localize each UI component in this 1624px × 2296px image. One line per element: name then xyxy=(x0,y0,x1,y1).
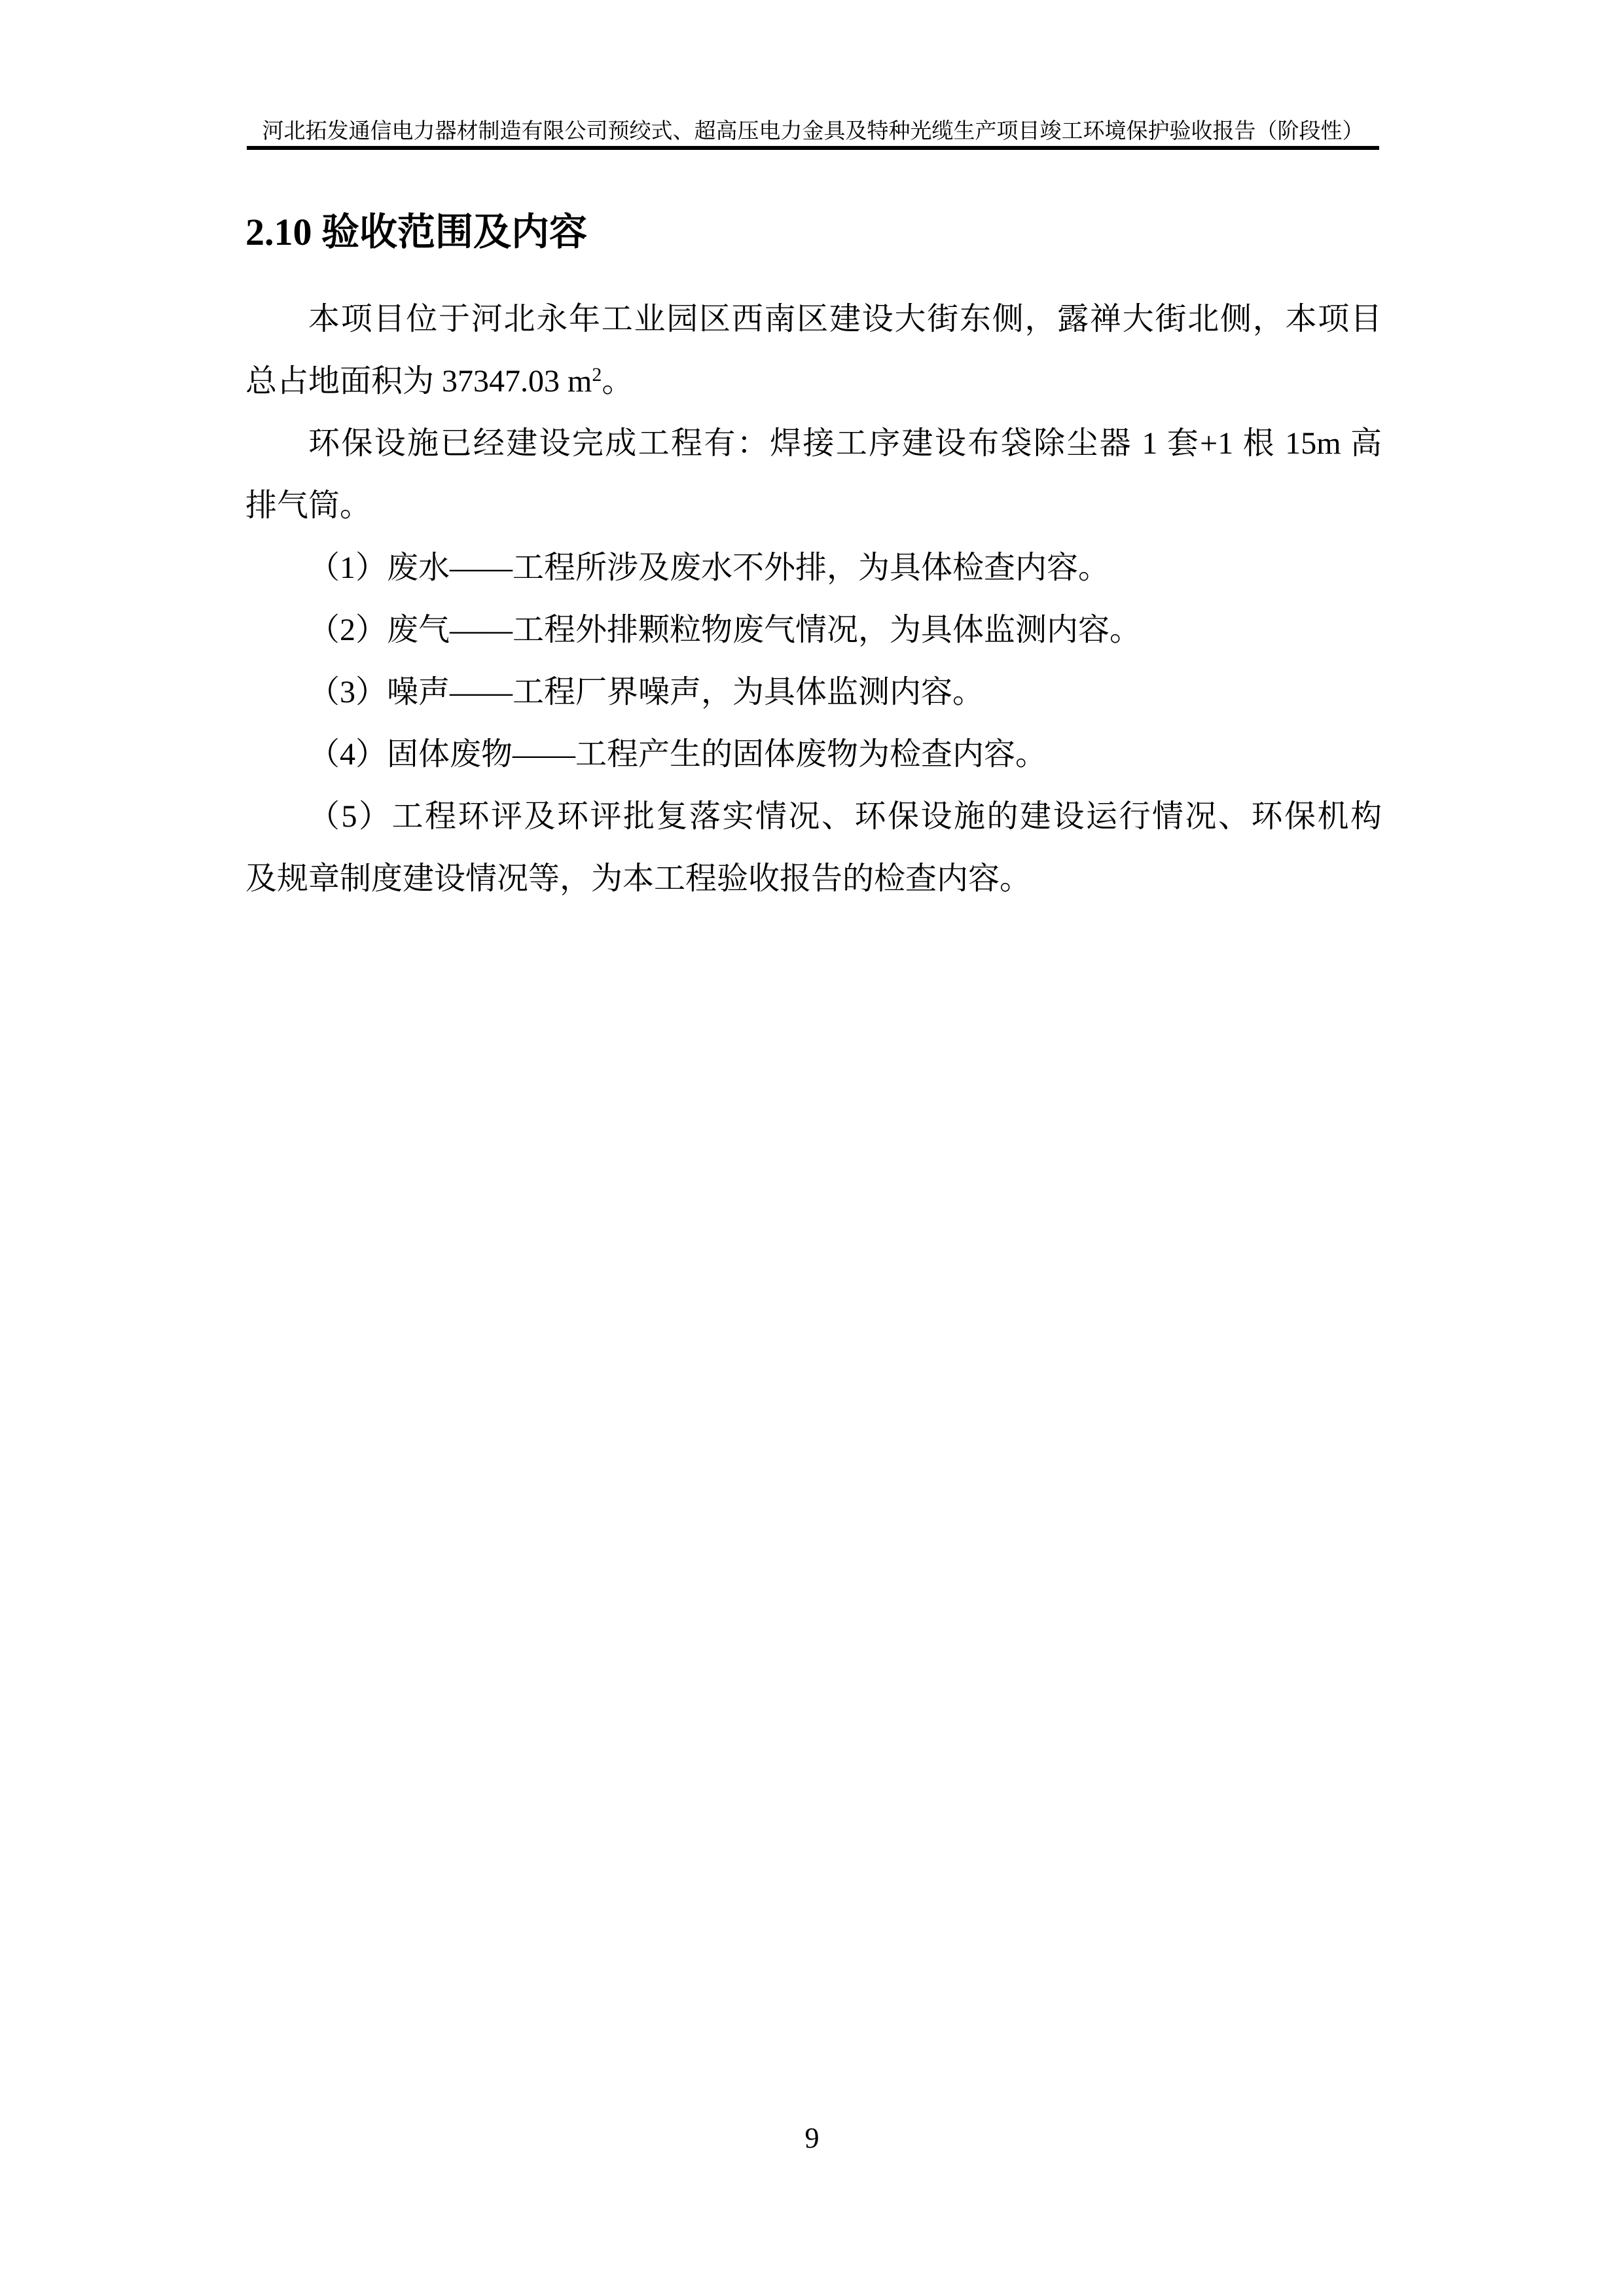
paragraph-2-line-1: 环保设施已经建设完成工程有：焊接工序建设布袋除尘器 1 套+1 根 15m 高 xyxy=(245,412,1382,475)
paragraph-2-line-2: 排气筒。 xyxy=(245,475,1382,537)
list-item-1: （1）废水——工程所涉及废水不外排，为具体检查内容。 xyxy=(245,537,1382,599)
paragraph-1-line-2: 总占地面积为 37347.03 m2。 xyxy=(245,350,1382,412)
running-header: 河北拓发通信电力器材制造有限公司预绞式、超高压电力金具及特种光缆生产项目竣工环境… xyxy=(247,120,1379,150)
page-number: 9 xyxy=(0,2122,1624,2155)
area-text-end: 。 xyxy=(602,364,633,399)
paragraph-1-line-1: 本项目位于河北永年工业园区西南区建设大街东侧，露禅大街北侧，本项目 xyxy=(245,288,1382,350)
list-item-2: （2）废气——工程外排颗粒物废气情况，为具体监测内容。 xyxy=(245,599,1382,661)
superscript-2: 2 xyxy=(592,364,602,386)
list-item-4: （4）固体废物——工程产生的固体废物为检查内容。 xyxy=(245,723,1382,785)
body-text: 本项目位于河北永年工业园区西南区建设大街东侧，露禅大街北侧，本项目 总占地面积为… xyxy=(245,288,1382,910)
list-item-5-line-2: 及规章制度建设情况等，为本工程验收报告的检查内容。 xyxy=(245,848,1382,910)
section-heading: 2.10 验收范围及内容 xyxy=(245,209,587,255)
list-item-5-line-1: （5）工程环评及环评批复落实情况、环保设施的建设运行情况、环保机构 xyxy=(245,785,1382,848)
running-header-title: 河北拓发通信电力器材制造有限公司预绞式、超高压电力金具及特种光缆生产项目竣工环境… xyxy=(262,120,1364,143)
list-item-3: （3）噪声——工程厂界噪声，为具体监测内容。 xyxy=(245,661,1382,723)
area-text: 总占地面积为 37347.03 m xyxy=(245,364,592,399)
document-page: 河北拓发通信电力器材制造有限公司预绞式、超高压电力金具及特种光缆生产项目竣工环境… xyxy=(0,0,1624,2296)
